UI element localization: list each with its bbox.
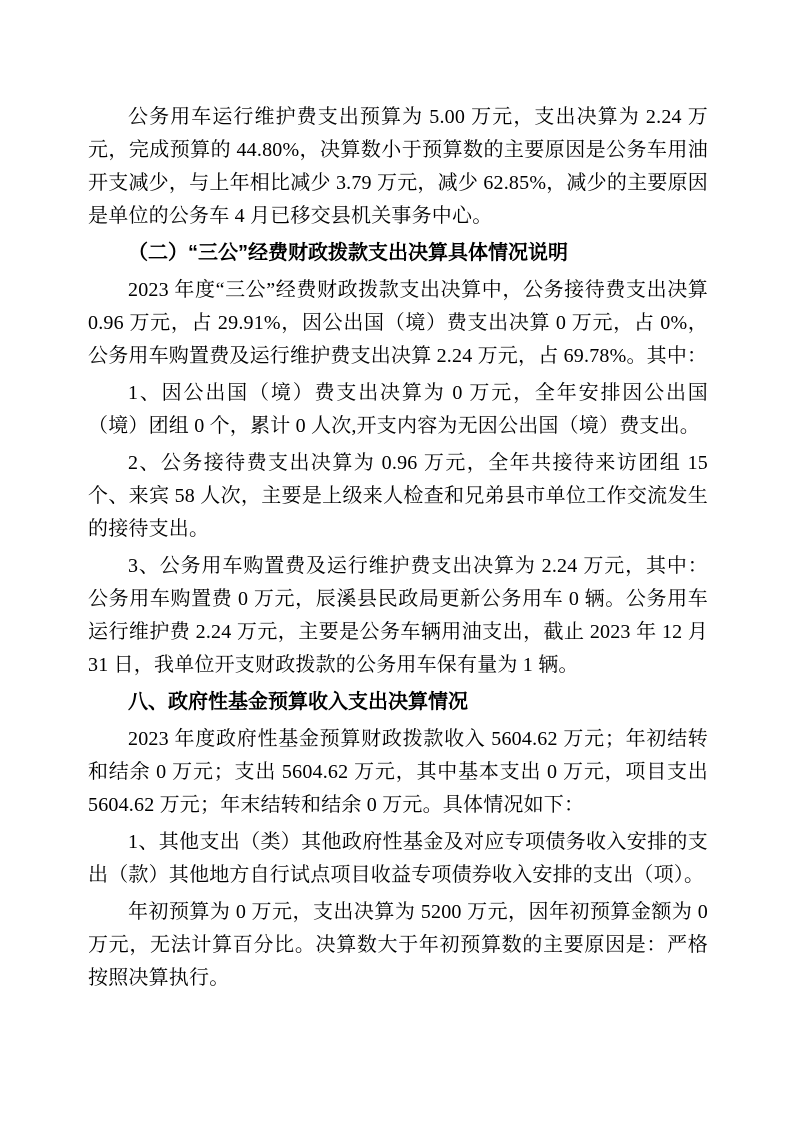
paragraph-vehicle-purchase-maintenance-expense: 3、公务用车购置费及运行维护费支出决算为 2.24 万元，其中：公务用车购置费 …: [88, 550, 708, 682]
paragraph-initial-budget-explanation: 年初预算为 0 万元，支出决算为 5200 万元，因年初预算金额为 0 万元，无…: [88, 896, 708, 995]
document-content: 公务用车运行维护费支出预算为 5.00 万元，支出决算为 2.24 万元，完成预…: [88, 101, 708, 999]
paragraph-other-expenditure-item: 1、其他支出（类）其他政府性基金及对应专项债务收入安排的支出（款）其他地方自行试…: [88, 826, 708, 892]
document-page: 公务用车运行维护费支出预算为 5.00 万元，支出决算为 2.24 万元，完成预…: [0, 0, 793, 1122]
heading-government-fund-budget: 八、政府性基金预算收入支出决算情况: [88, 686, 708, 719]
heading-sangong-expense-detail: （二）“三公”经费财政拨款支出决算具体情况说明: [88, 237, 708, 270]
paragraph-government-fund-overview: 2023 年度政府性基金预算财政拨款收入 5604.62 万元；年初结转和结余 …: [88, 723, 708, 822]
paragraph-sangong-overview: 2023 年度“三公”经费财政拨款支出决算中，公务接待费支出决算 0.96 万元…: [88, 274, 708, 373]
paragraph-official-reception-expense: 2、公务接待费支出决算为 0.96 万元，全年共接待来访团组 15 个、来宾 5…: [88, 447, 708, 546]
paragraph-overseas-travel-expense: 1、因公出国（境）费支出决算为 0 万元，全年安排因公出国（境）团组 0 个，累…: [88, 377, 708, 443]
paragraph-vehicle-operation-budget: 公务用车运行维护费支出预算为 5.00 万元，支出决算为 2.24 万元，完成预…: [88, 101, 708, 233]
